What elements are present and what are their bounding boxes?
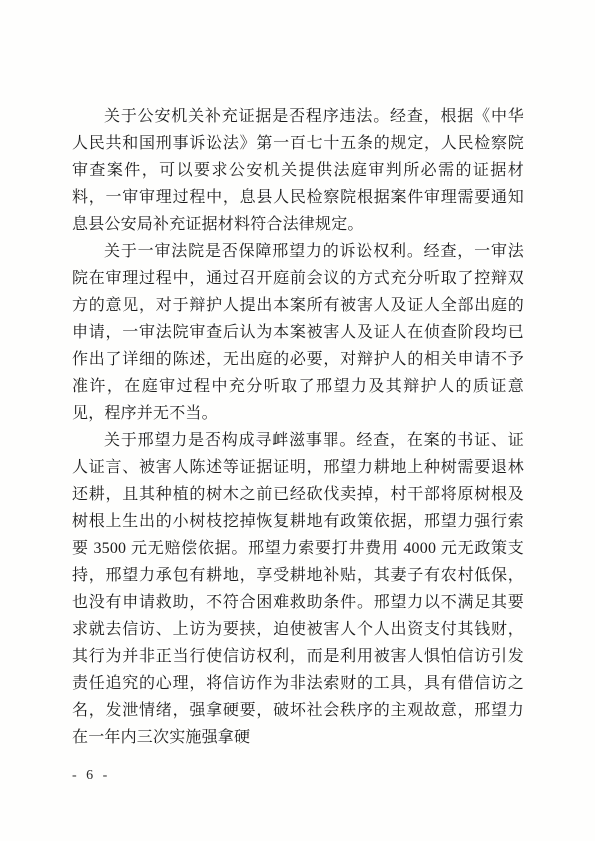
paragraph-provocation-crime: 关于邢望力是否构成寻衅滋事罪。经查，在案的书证、证人证言、被害人陈述等证据证明，… — [72, 427, 524, 751]
page-number: - 6 - — [72, 768, 110, 784]
paragraph-supplementary-evidence: 关于公安机关补充证据是否程序违法。经查，根据《中华人民共和国刑事诉讼法》第一百七… — [72, 103, 524, 238]
document-body: 关于公安机关补充证据是否程序违法。经查，根据《中华人民共和国刑事诉讼法》第一百七… — [72, 103, 524, 751]
paragraph-litigation-rights: 关于一审法院是否保障邢望力的诉讼权利。经查，一审法院在审理过程中，通过召开庭前会… — [72, 238, 524, 427]
document-page: 关于公安机关补充证据是否程序违法。经查，根据《中华人民共和国刑事诉讼法》第一百七… — [0, 0, 595, 841]
